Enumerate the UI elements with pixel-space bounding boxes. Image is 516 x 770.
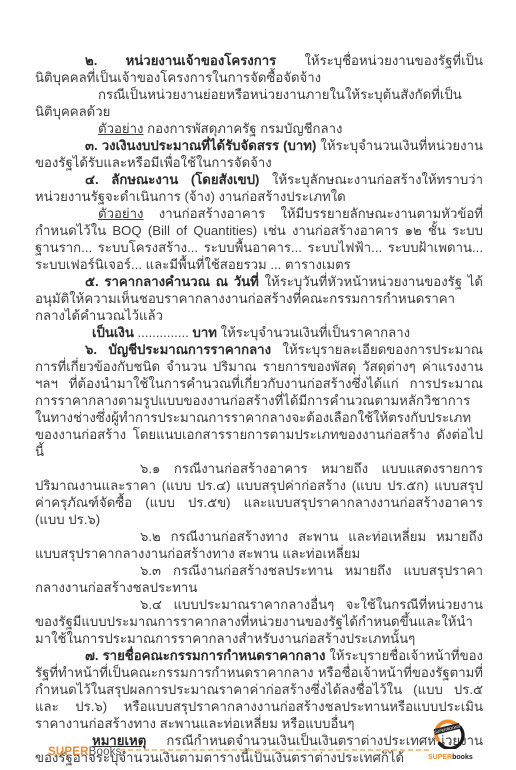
footer-divider-dashes: [120, 749, 432, 751]
superbooks-logo: SUPERBOOKS SUPERbooks: [428, 717, 468, 762]
text-segment: ..............: [134, 325, 193, 340]
superbooks-logo-text: SUPERbooks: [428, 754, 468, 762]
paragraph: กรณีเป็นหน่วยงานย่อยหรือหน่วยงานภายในให้…: [35, 86, 483, 120]
text-segment: บาท: [192, 325, 216, 340]
paragraph: ๖. บัญชีประมาณการราคากลาง ให้ระบุรายละเอ…: [35, 341, 483, 460]
superbooks-logo-icon: SUPERBOOKS: [430, 717, 466, 749]
text-segment: ๖.๓ กรณีงานก่อสร้างชลประทาน หมายถึง แบบส…: [35, 563, 483, 595]
paragraph: ๓. วงเงินงบประมาณที่ได้รับจัดสรร (บาท) ใ…: [35, 137, 483, 171]
paragraph: ๖.๓ กรณีงานก่อสร้างชลประทาน หมายถึง แบบส…: [35, 562, 483, 596]
footer-brand-super: SUPER: [48, 746, 89, 758]
logo-text-super: SUPER: [428, 754, 452, 761]
text-segment: เป็นเงิน: [92, 325, 134, 340]
text-segment: ๗. รายชื่อคณะกรรมการกำหนดราคากลาง: [85, 648, 329, 663]
text-segment: กรณีเป็นหน่วยงานย่อยหรือหน่วยงานภายในให้…: [35, 87, 462, 119]
paragraph: ๖.๒ กรณีงานก่อสร้างทาง สะพาน และท่อเหลี่…: [35, 528, 483, 562]
text-segment: ตัวอย่าง: [98, 206, 143, 221]
paragraph: เป็นเงิน .............. บาท ให้ระบุจำนวน…: [35, 324, 483, 341]
document-page: ๒. หน่วยงานเจ้าของโครงการ ให้ระบุชื่อหน่…: [0, 0, 516, 770]
text-segment: ๖.๔ แบบประมาณราคากลางอื่นๆ จะใช้ในกรณีที…: [35, 597, 483, 646]
document-body: ๒. หน่วยงานเจ้าของโครงการ ให้ระบุชื่อหน่…: [35, 52, 483, 766]
footer-brand-books: Books: [89, 746, 122, 758]
text-segment: ๕. ราคากลางคำนวณ ณ วันที่: [85, 274, 265, 289]
text-segment: ๓. วงเงินงบประมาณที่ได้รับจัดสรร (บาท): [85, 138, 320, 153]
text-segment: ตัวอย่าง: [98, 121, 143, 136]
paragraph: ๖.๔ แบบประมาณราคากลางอื่นๆ จะใช้ในกรณีที…: [35, 596, 483, 647]
logo-text-books: books: [452, 754, 473, 761]
paragraph: ๔. ลักษณะงาน (โดยสังเขป) ให้ระบุลักษณะงา…: [35, 171, 483, 205]
paragraph: ๒. หน่วยงานเจ้าของโครงการ ให้ระบุชื่อหน่…: [35, 52, 483, 86]
paragraph: ๖.๑ กรณีงานก่อสร้างอาคาร หมายถึง แบบแสดง…: [35, 460, 483, 528]
text-segment: ๖.๒ กรณีงานก่อสร้างทาง สะพาน และท่อเหลี่…: [35, 529, 483, 561]
footer-brand: SUPERBooks: [48, 746, 122, 758]
text-segment: ๖.๑ กรณีงานก่อสร้างอาคาร หมายถึง แบบแสดง…: [35, 461, 483, 527]
text-segment: ให้ระบุจำนวนเงินที่เป็นราคากลาง: [217, 325, 410, 340]
text-segment: ๖. บัญชีประมาณการราคากลาง: [85, 342, 283, 357]
paragraph: ตัวอย่าง กองการพัสดุภาครัฐ กรมบัญชีกลาง: [35, 120, 483, 137]
text-segment: ๒. หน่วยงานเจ้าของโครงการ: [85, 53, 304, 68]
paragraph: ๗. รายชื่อคณะกรรมการกำหนดราคากลาง ให้ระบ…: [35, 647, 483, 732]
paragraph: ตัวอย่าง งานก่อสร้างอาคาร ให้มีบรรยายลัก…: [35, 205, 483, 273]
text-segment: ๔. ลักษณะงาน (โดยสังเขป): [85, 172, 272, 187]
text-segment: กองการพัสดุภาครัฐ กรมบัญชีกลาง: [143, 121, 342, 136]
text-segment: ให้ระบุรายละเอียดของการประมาณการที่เกี่ย…: [35, 342, 483, 459]
paragraph: ๕. ราคากลางคำนวณ ณ วันที่ ให้ระบุวันที่ห…: [35, 273, 483, 324]
